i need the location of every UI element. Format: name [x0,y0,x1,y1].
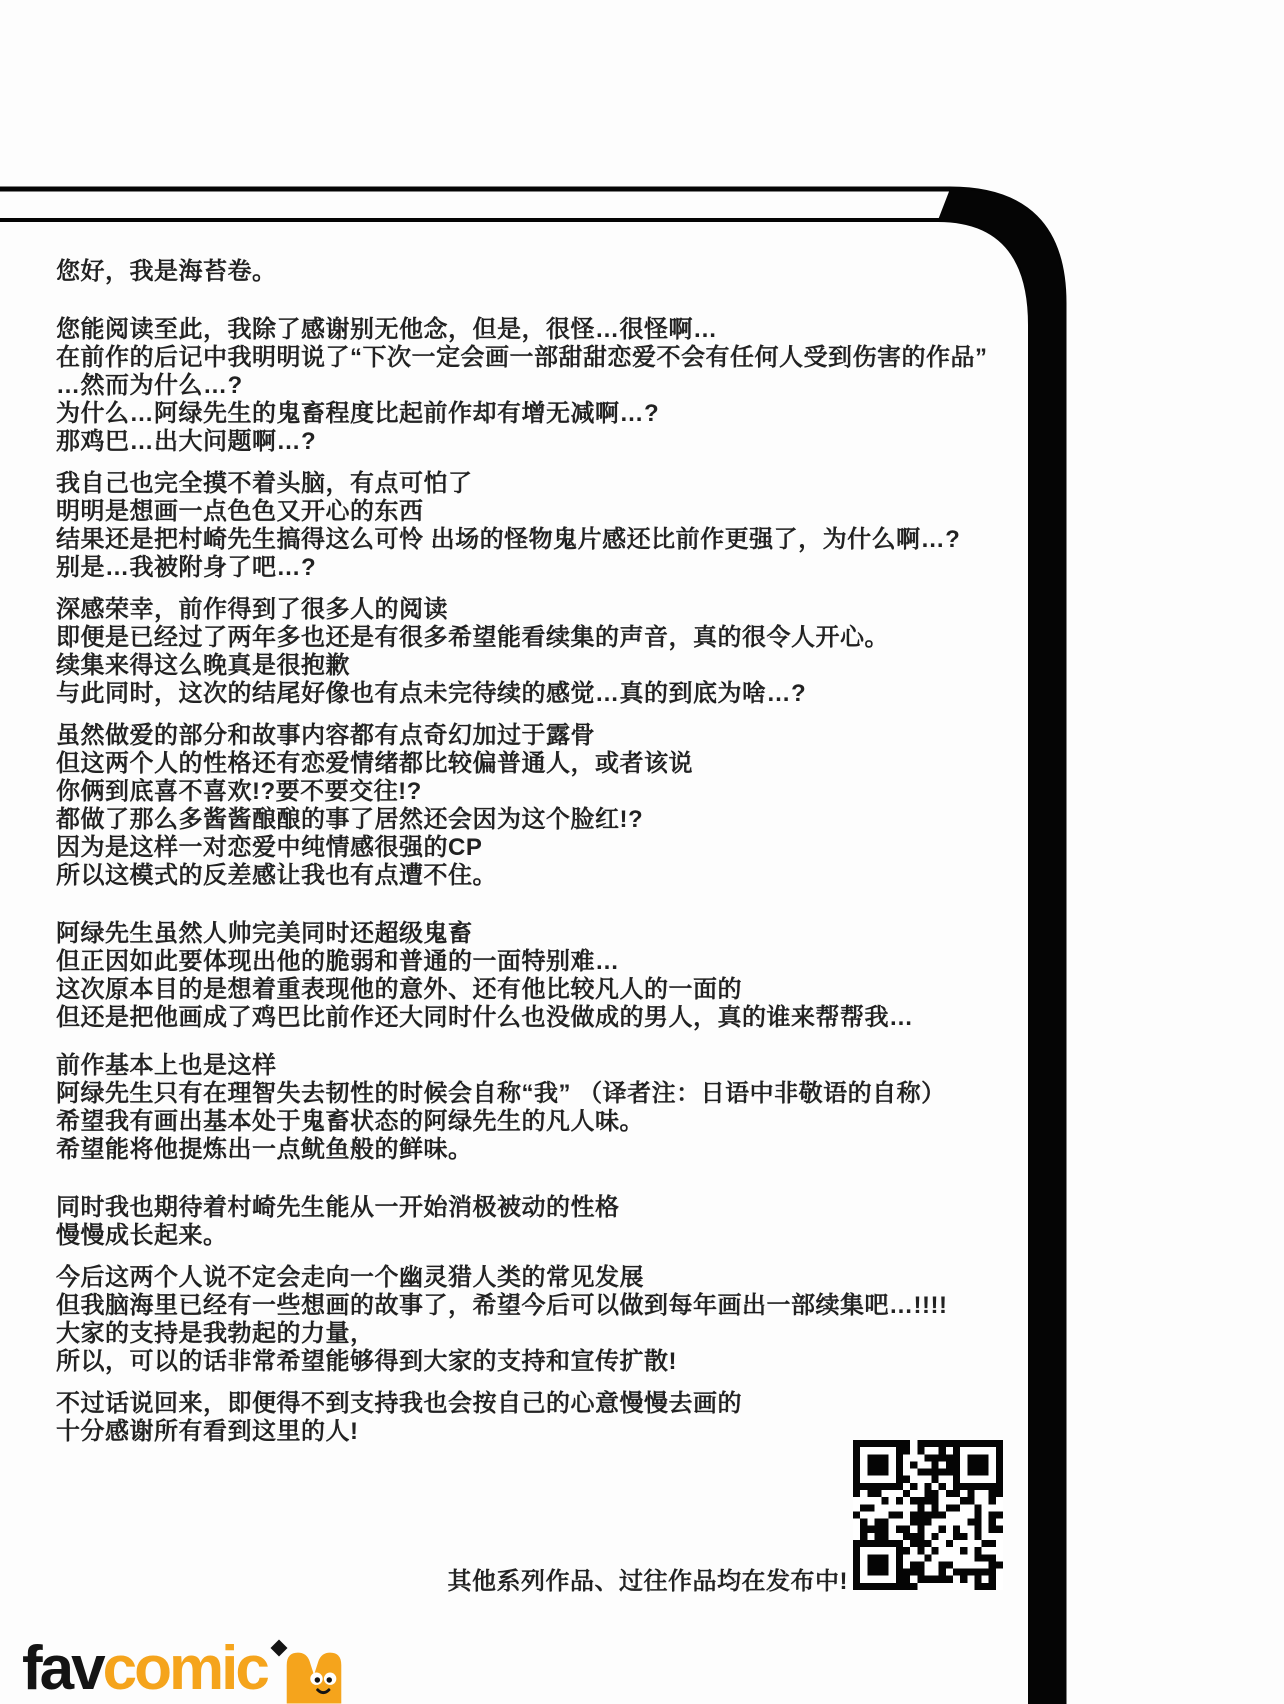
afterword-paragraph: 同时我也期待着村崎先生能从一开始消极被动的性格慢慢成长起来。 [56,1194,1041,1250]
afterword-line: 前作基本上也是这样 [56,1052,1041,1080]
afterword-line: 您好，我是海苔卷。 [56,258,1041,286]
afterword-line: 所以，可以的话非常希望能够得到大家的支持和宣传扩散! [56,1348,1041,1376]
footer-note: 其他系列作品、过往作品均在发布中! [448,1568,849,1596]
afterword-line: 因为是这样一对恋爱中纯情感很强的CP [56,834,1041,862]
afterword-paragraph: 我自己也完全摸不着头脑，有点可怕了明明是想画一点色色又开心的东西结果还是把村崎先… [56,470,1041,582]
afterword-line: 与此同时，这次的结尾好像也有点未完待续的感觉…真的到底为啥…? [56,680,1041,708]
afterword-paragraph: 阿绿先生虽然人帅完美同时还超级鬼畜但正因如此要体现出他的脆弱和普通的一面特别难…… [56,920,1041,1032]
afterword-line: 慢慢成长起来。 [56,1222,1041,1250]
afterword-paragraph: 您好，我是海苔卷。 [56,258,1041,286]
afterword-paragraph: 今后这两个人说不定会走向一个幽灵猎人类的常见发展但我脑海里已经有一些想画的故事了… [56,1264,1041,1376]
afterword-line: 在前作的后记中我明明说了“下次一定会画一部甜甜恋爱不会有任何人受到伤害的作品” [56,344,1041,372]
afterword-paragraph: 不过话说回来，即便得不到支持我也会按自己的心意慢慢去画的十分感谢所有看到这里的人… [56,1390,1041,1446]
afterword-paragraph: 虽然做爱的部分和故事内容都有点奇幻加过于露骨但这两个人的性格还有恋爱情绪都比较偏… [56,722,1041,890]
afterword-line: 别是…我被附身了吧…? [56,554,1041,582]
afterword-line: 深感荣幸，前作得到了很多人的阅读 [56,596,1041,624]
afterword-line: 但这两个人的性格还有恋爱情绪都比较偏普通人，或者该说 [56,750,1041,778]
afterword-line: 但我脑海里已经有一些想画的故事了，希望今后可以做到每年画出一部续集吧…!!!! [56,1292,1041,1320]
favcomic-mascot-icon [283,1646,345,1704]
afterword-line: 即便是已经过了两年多也还是有很多希望能看续集的声音，真的很令人开心。 [56,624,1041,652]
favcomic-watermark: favcomic [22,1638,345,1704]
afterword-line: 今后这两个人说不定会走向一个幽灵猎人类的常见发展 [56,1264,1041,1292]
manga-afterword-page: 您好，我是海苔卷。您能阅读至此，我除了感谢别无他念，但是，很怪…很怪啊…在前作的… [0,0,1284,1704]
afterword-line: …然而为什么…? [56,372,1041,400]
afterword-text-block: 您好，我是海苔卷。您能阅读至此，我除了感谢别无他念，但是，很怪…很怪啊…在前作的… [56,258,1041,1446]
afterword-line: 您能阅读至此，我除了感谢别无他念，但是，很怪…很怪啊… [56,316,1041,344]
logo-text-comic: comic [103,1638,267,1700]
mascot-pupil-right [326,1677,331,1682]
afterword-paragraph: 深感荣幸，前作得到了很多人的阅读即便是已经过了两年多也还是有很多希望能看续集的声… [56,596,1041,708]
afterword-line: 续集来得这么晚真是很抱歉 [56,652,1041,680]
afterword-line: 那鸡巴…出大问题啊…? [56,428,1041,456]
afterword-line: 但还是把他画成了鸡巴比前作还大同时什么也没做成的男人，真的谁来帮帮我… [56,1004,1041,1032]
afterword-paragraph: 前作基本上也是这样阿绿先生只有在理智失去韧性的时候会自称“我” （译者注：日语中… [56,1052,1041,1164]
afterword-paragraph: 您能阅读至此，我除了感谢别无他念，但是，很怪…很怪啊…在前作的后记中我明明说了“… [56,316,1041,456]
logo-text-fav: fav [22,1638,103,1700]
afterword-line: 阿绿先生虽然人帅完美同时还超级鬼畜 [56,920,1041,948]
afterword-line: 所以这模式的反差感让我也有点遭不住。 [56,862,1041,890]
mascot-pupil-left [314,1677,319,1682]
afterword-line: 阿绿先生只有在理智失去韧性的时候会自称“我” （译者注：日语中非敬语的自称） [56,1080,1041,1108]
afterword-line: 都做了那么多酱酱酿酿的事了居然还会因为这个脸红!? [56,806,1041,834]
afterword-line: 为什么…阿绿先生的鬼畜程度比起前作却有增无减啊…? [56,400,1041,428]
afterword-line: 希望能将他提炼出一点鱿鱼般的鲜味。 [56,1136,1041,1164]
afterword-line: 你俩到底喜不喜欢!?要不要交往!? [56,778,1041,806]
afterword-line: 结果还是把村崎先生搞得这么可怜 出场的怪物鬼片感还比前作更强了，为什么啊…? [56,526,1041,554]
afterword-line: 但正因如此要体现出他的脆弱和普通的一面特别难… [56,948,1041,976]
afterword-line: 虽然做爱的部分和故事内容都有点奇幻加过于露骨 [56,722,1041,750]
afterword-line: 这次原本目的是想着重表现他的意外、还有他比较凡人的一面的 [56,976,1041,1004]
afterword-line: 同时我也期待着村崎先生能从一开始消极被动的性格 [56,1194,1041,1222]
afterword-line: 不过话说回来，即便得不到支持我也会按自己的心意慢慢去画的 [56,1390,1041,1418]
qr-code-icon [853,1440,1003,1590]
afterword-line: 明明是想画一点色色又开心的东西 [56,498,1041,526]
afterword-line: 希望我有画出基本处于鬼畜状态的阿绿先生的凡人味。 [56,1108,1041,1136]
afterword-line: 我自己也完全摸不着头脑，有点可怕了 [56,470,1041,498]
afterword-line: 大家的支持是我勃起的力量， [56,1320,1041,1348]
